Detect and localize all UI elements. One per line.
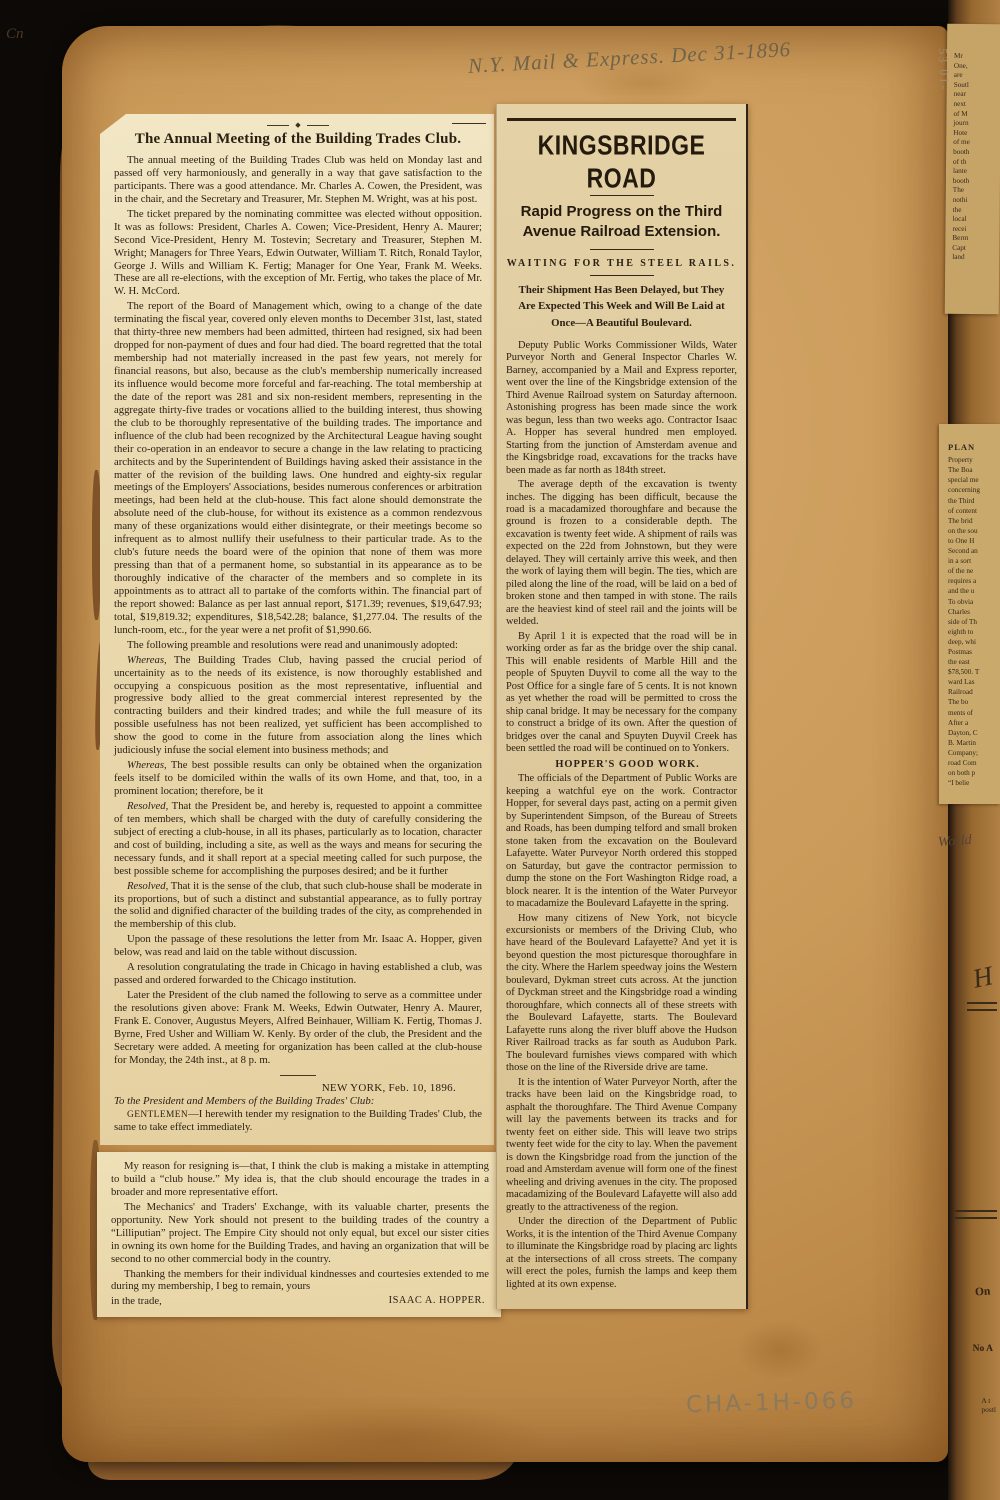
fragment-text: Property The Boa special me concerning t…: [948, 456, 980, 787]
ornament-line: [267, 125, 289, 126]
pencil-catalog-code: CHA-1H-066: [686, 1388, 858, 1418]
fragment-double-rule: [967, 1002, 997, 1011]
article-paragraph: The ticket prepared by the nominating co…: [114, 208, 482, 299]
article-paragraph: Whereas, The Building Trades Club, havin…: [114, 654, 482, 758]
letter-signature-row: in the trade, ISAAC A. HOPPER.: [111, 1295, 489, 1307]
adjacent-clipping-fragment-mid: PLANProperty The Boa special me concerni…: [939, 424, 1000, 804]
headline-rule: [590, 195, 654, 196]
headline-top-rule: [507, 118, 736, 121]
fragment-word-at: A t postl: [981, 1396, 996, 1414]
article-paragraph: Thanking the members for their individua…: [111, 1268, 489, 1294]
paragraph-lead: Whereas,: [127, 759, 167, 771]
handwritten-word-world: World: [937, 833, 972, 851]
fragment-double-rule: [955, 1210, 997, 1219]
article-paragraph: Under the direction of the Department of…: [506, 1216, 737, 1291]
clipping-annual-meeting: ◆ The Annual Meeting of the Building Tra…: [100, 114, 494, 1145]
article-paragraph: The officials of the Department of Publi…: [506, 773, 737, 910]
article-paragraph: Whereas, The best possible results can o…: [114, 759, 482, 798]
clipping-hopper-letter: My reason for resigning is—that, I think…: [97, 1152, 501, 1317]
clipping-kingsbridge-road: KINGSBRIDGE ROAD Rapid Progress on the T…: [496, 104, 748, 1309]
ornament-divider: ◆: [114, 122, 482, 129]
adjacent-page-edge: Mr One, are Soutl near next of M journ H…: [948, 0, 1000, 1500]
article-paragraph: A resolution congratulating the trade in…: [114, 961, 482, 987]
article-paragraph: The annual meeting of the Building Trade…: [114, 154, 482, 206]
ornament-line: [307, 125, 329, 126]
article-paragraph: Resolved, That the President be, and her…: [114, 800, 482, 878]
article-paragraph: Upon the passage of these resolutions th…: [114, 933, 482, 959]
subhead-rule: [590, 249, 654, 250]
paragraph-lead: GENTLEMEN: [127, 1110, 188, 1120]
article-deck: Their Shipment Has Been Delayed, but The…: [510, 282, 733, 332]
fragment-word-no: No A: [973, 1344, 993, 1354]
article-paragraph: The average depth of the excavation is t…: [506, 479, 737, 629]
article-paragraph: By April 1 it is expected that the road …: [506, 631, 737, 756]
fragment-word-on: On: [974, 1285, 990, 1298]
pencil-edge-mark-vertical: 53 01-: [935, 48, 951, 91]
kicker-rule: [590, 275, 654, 276]
left-clipping-column: ◆ The Annual Meeting of the Building Tra…: [100, 114, 494, 1317]
article-crosshead: HOPPER'S GOOD WORK.: [506, 759, 737, 771]
article-body: The annual meeting of the Building Trade…: [114, 154, 482, 1067]
article-paragraph: The following preamble and resolutions w…: [114, 639, 482, 652]
article-paragraph: How many citizens of New York, not bicyc…: [506, 913, 737, 1075]
article-paragraph: Later the President of the club named th…: [114, 989, 482, 1067]
article-paragraph: The Mechanics' and Traders' Exchange, wi…: [111, 1201, 489, 1266]
letter-closing: in the trade,: [111, 1295, 162, 1307]
article-kicker: WAITING FOR THE STEEL RAILS.: [506, 258, 737, 269]
fragment-headline: PLAN: [948, 442, 998, 452]
article-paragraph: GENTLEMEN—I herewith tender my resignati…: [114, 1108, 482, 1134]
letter-body: GENTLEMEN—I herewith tender my resignati…: [114, 1108, 482, 1134]
paragraph-lead: Resolved,: [127, 800, 168, 812]
article-title: The Annual Meeting of the Building Trade…: [114, 131, 482, 148]
letter-continuation-body: My reason for resigning is—that, I think…: [111, 1160, 489, 1293]
letter-signature: ISAAC A. HOPPER.: [389, 1295, 485, 1307]
article-paragraph: Deputy Public Works Commissioner Wilds, …: [506, 340, 737, 477]
article-paragraph: It is the intention of Water Purveyor No…: [506, 1077, 737, 1214]
article-body: Deputy Public Works Commissioner Wilds, …: [506, 340, 737, 1291]
scrapbook-photo: N.Y. Mail & Express. Dec 31-1896 ◆ The A…: [0, 0, 1000, 1500]
paragraph-lead: Whereas,: [127, 654, 167, 666]
article-paragraph: The report of the Board of Management wh…: [114, 300, 482, 636]
clipped-rule-fragment: [452, 123, 486, 124]
article-subheadline: Rapid Progress on the Third Avenue Railr…: [508, 202, 735, 243]
letter-address: To the President and Members of the Buil…: [114, 1095, 482, 1107]
article-paragraph: Resolved, That it is the sense of the cl…: [114, 880, 482, 932]
diamond-ornament-icon: ◆: [295, 122, 300, 129]
adjacent-clipping-fragment-top: Mr One, are Soutl near next of M journ H…: [945, 24, 1000, 314]
section-divider: [280, 1075, 316, 1076]
article-paragraph: My reason for resigning is—that, I think…: [111, 1160, 489, 1199]
handwritten-edge-script-top: Cn: [6, 26, 986, 43]
article-headline: KINGSBRIDGE ROAD: [506, 129, 737, 195]
paragraph-lead: Resolved,: [127, 880, 168, 892]
letter-dateline: NEW YORK, Feb. 10, 1896.: [114, 1082, 456, 1094]
